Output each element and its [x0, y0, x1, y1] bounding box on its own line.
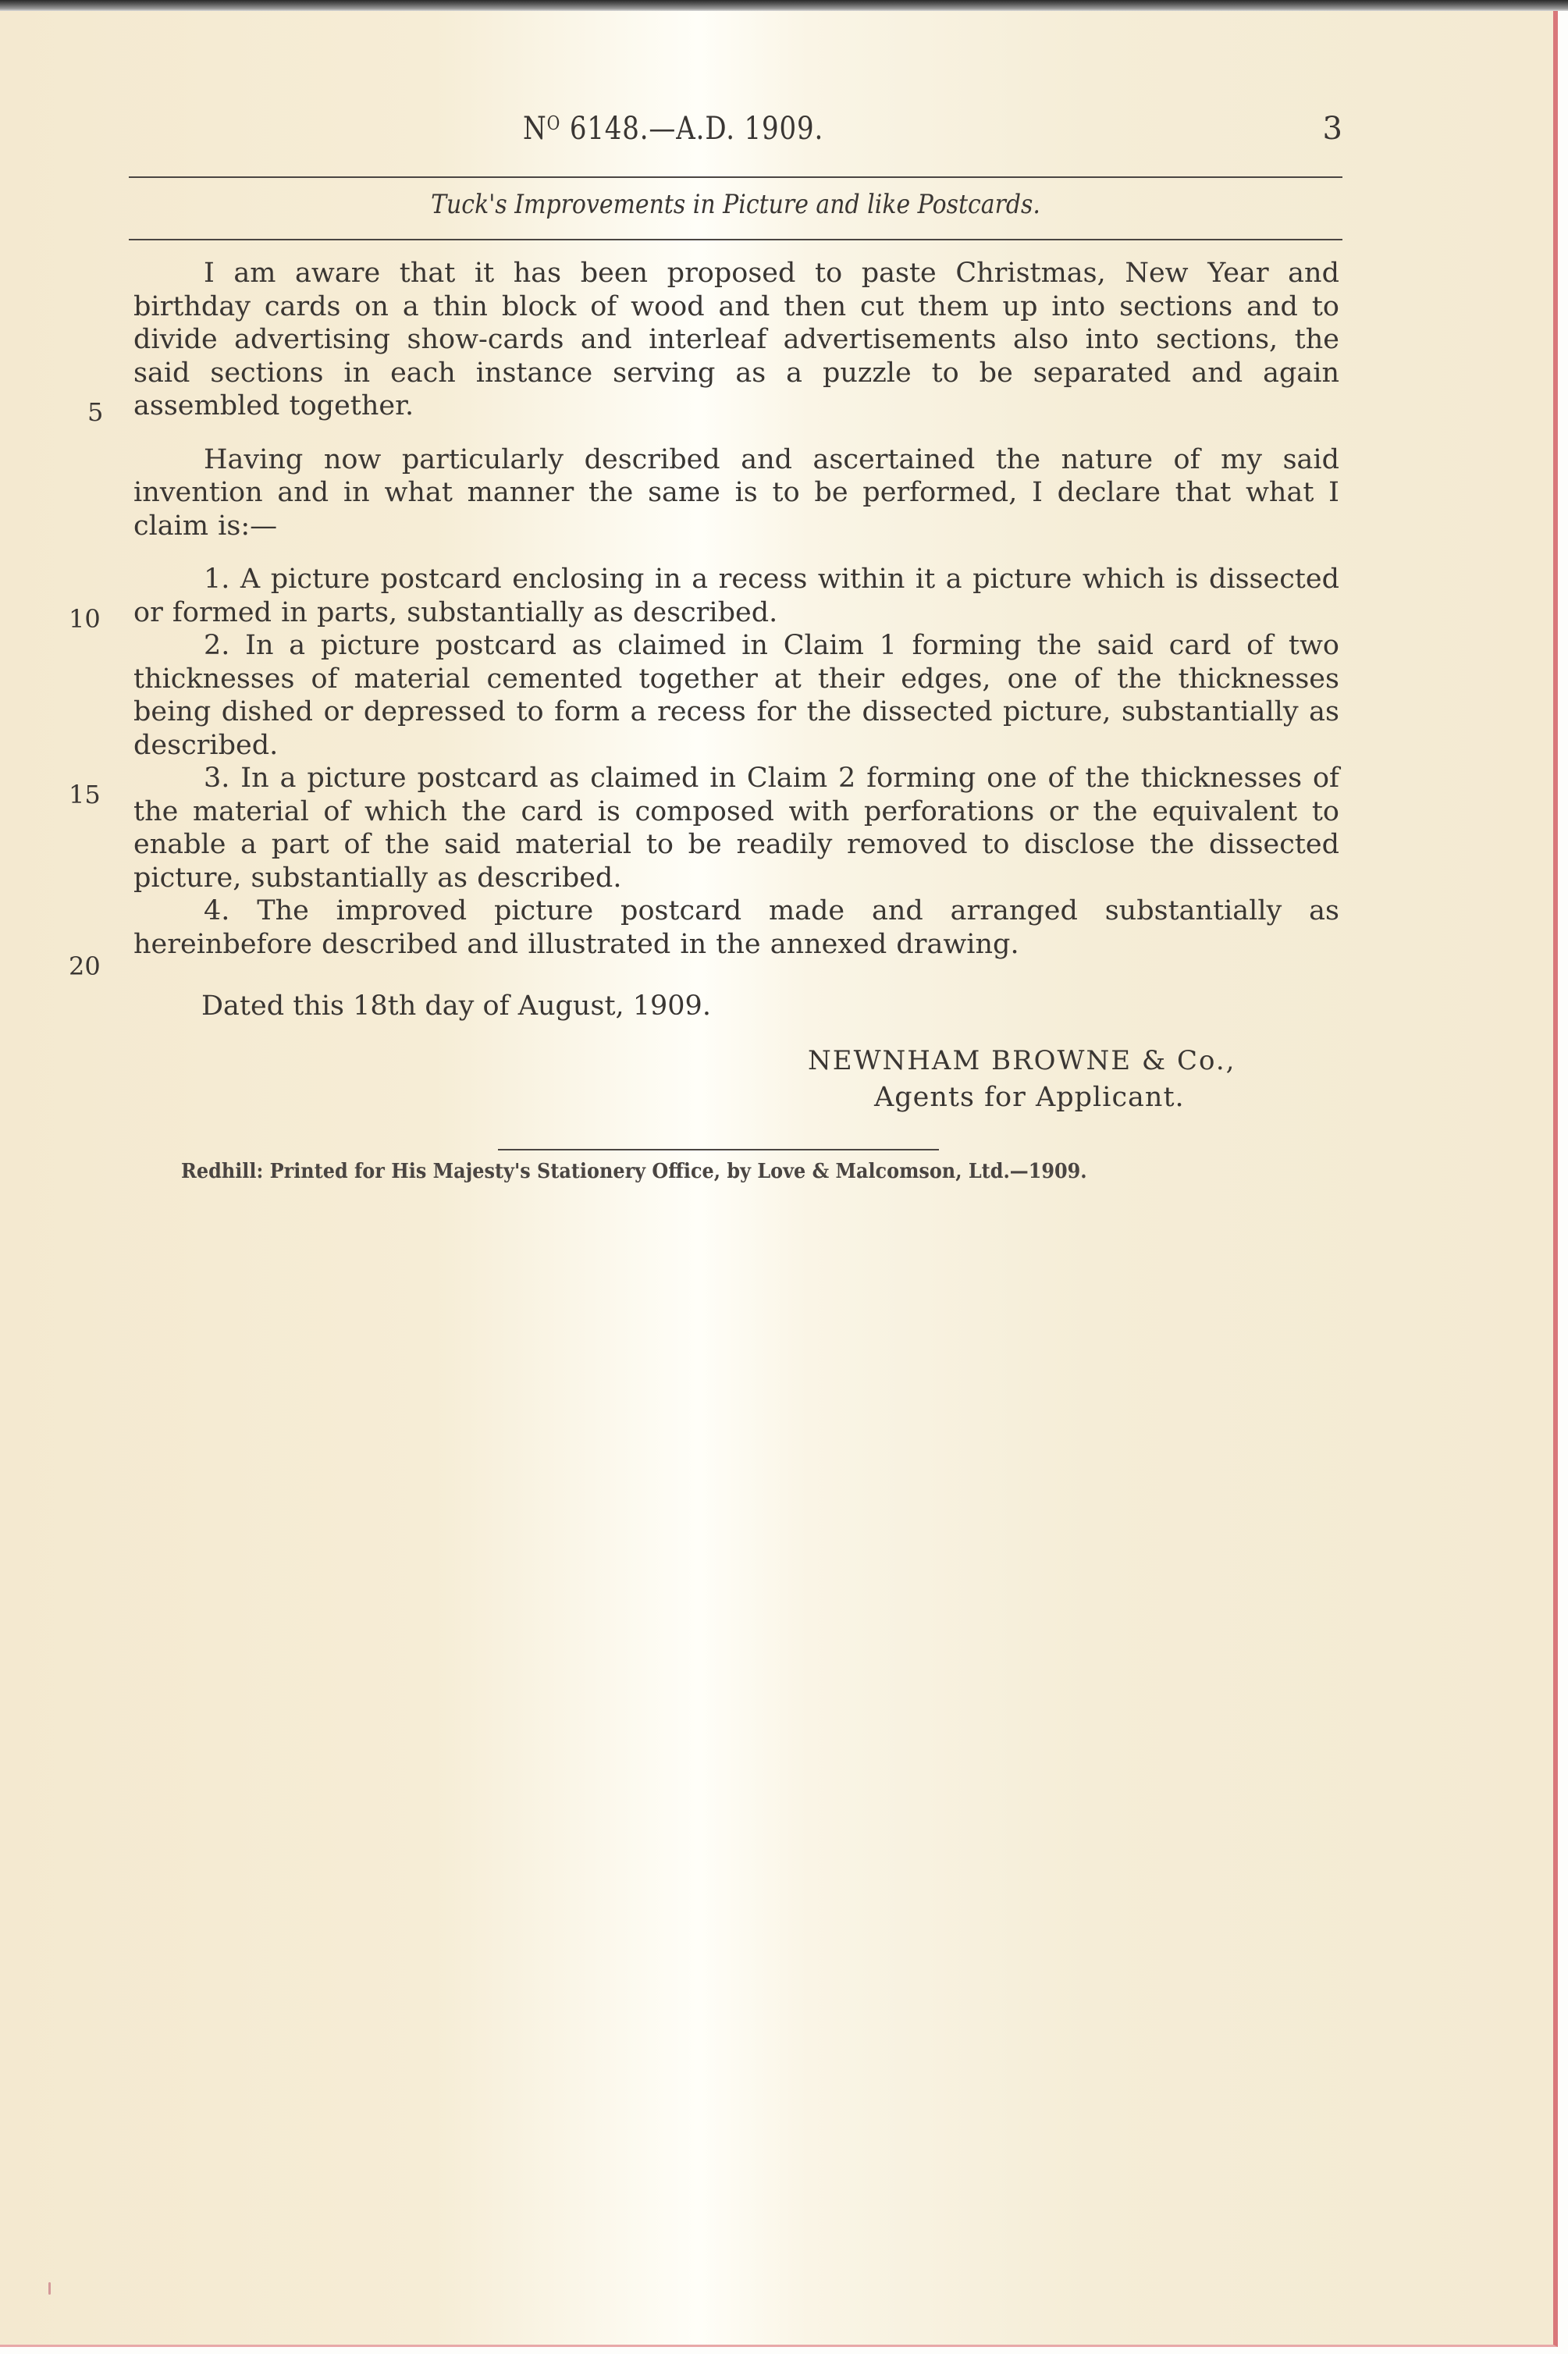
page-number: 3 — [1323, 111, 1342, 147]
paper-speck — [48, 2282, 51, 2295]
scan-shadow-edge — [0, 0, 1568, 11]
date-line: Dated this 18th day of August, 1909. — [201, 990, 711, 1022]
claim-1: 1. A picture postcard enclosing in a rec… — [133, 563, 1339, 629]
agent-role: Agents for Applicant. — [874, 1082, 1185, 1113]
patent-title: Tuck's Improvements in Picture and like … — [201, 189, 1269, 220]
line-number-20: 20 — [69, 951, 101, 981]
document-body: I am aware that it has been proposed to … — [133, 257, 1339, 961]
patent-number-superscript: O — [547, 112, 561, 134]
paragraph-prior-art: I am aware that it has been proposed to … — [133, 257, 1339, 423]
line-number-15: 15 — [69, 780, 101, 809]
claim-3: 3. In a picture postcard as claimed in C… — [133, 762, 1339, 894]
header-rule-bottom — [129, 239, 1342, 240]
line-number-5: 5 — [87, 397, 103, 427]
line-number-10: 10 — [69, 604, 101, 634]
paragraph-claim-intro: Having now particularly described and as… — [133, 443, 1339, 543]
claim-2: 2. In a picture postcard as claimed in C… — [133, 629, 1339, 762]
claim-4: 4. The improved picture postcard made an… — [133, 894, 1339, 961]
patent-page: NO 6148.—A.D. 1909. 3 Tuck's Improvement… — [0, 11, 1558, 2347]
patent-number: NO 6148.—A.D. 1909. — [523, 111, 823, 147]
page-header: NO 6148.—A.D. 1909. 3 — [129, 111, 1342, 158]
printer-imprint: Redhill: Printed for His Majesty's Stati… — [181, 1160, 1087, 1183]
patent-number-text: 6148.—A.D. 1909. — [560, 111, 823, 147]
patent-number-prefix: N — [523, 111, 547, 147]
agent-name: NEWNHAM BROWNE & Co., — [808, 1045, 1236, 1076]
header-rule-top — [129, 176, 1342, 178]
imprint-rule — [498, 1149, 939, 1150]
scanned-page: NO 6148.—A.D. 1909. 3 Tuck's Improvement… — [0, 0, 1568, 2354]
